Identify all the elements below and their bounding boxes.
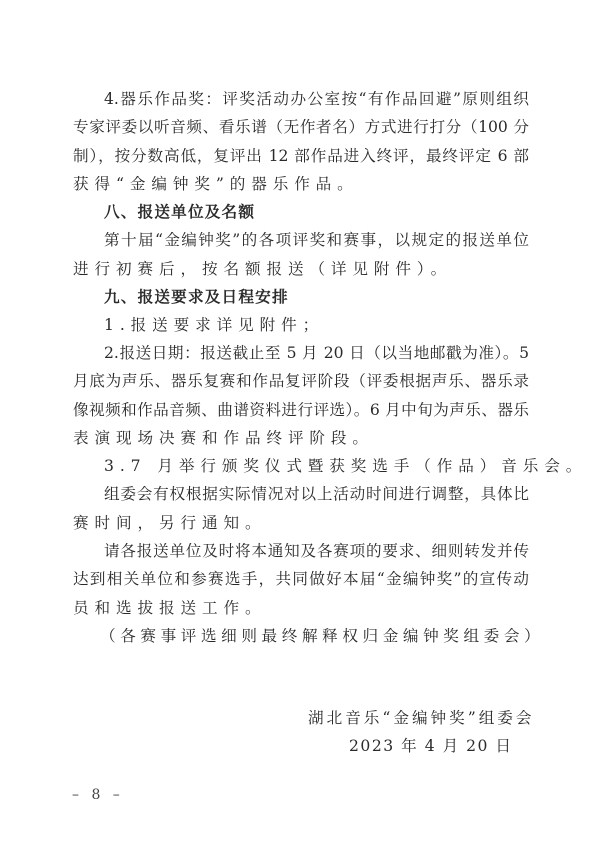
paragraph-line: 表演现场决赛和作品终评阶段。 — [73, 428, 529, 448]
page-number: – 8 – — [72, 787, 124, 803]
paragraph-line: 月底为声乐、器乐复赛和作品复评阶段（评委根据声乐、器乐录 — [73, 371, 529, 391]
section-heading-9: 九、报送要求及日程安排 — [104, 287, 529, 307]
paragraph-line: 4.器乐作品奖：评奖活动办公室按“有作品回避”原则组织 — [104, 89, 529, 109]
paragraph-line: 请各报送单位及时将本通知及各赛项的要求、细则转发并传 — [104, 541, 529, 561]
paragraph-line: 第十届“金编钟奖”的各项评奖和赛事，以规定的报送单位 — [104, 230, 529, 250]
paragraph-line: 像视频和作品音频、曲谱资料进行评选）。6 月中旬为声乐、器乐 — [73, 400, 529, 420]
paragraph-line: 员和选拔报送工作。 — [73, 598, 529, 618]
paragraph-line: 制），按分数高低，复评出 12 部作品进入终评，最终评定 6 部 — [73, 146, 529, 166]
paragraph-line: 1.报送要求详见附件； — [104, 315, 529, 335]
paragraph-line: 专家评委以听音频、看乐谱（无作者名）方式进行打分（100 分 — [73, 117, 529, 137]
paragraph-line: 2.报送日期：报送截止至 5 月 20 日（以当地邮戳为准）。5 — [104, 343, 529, 363]
signature-organization: 湖北音乐“金编钟奖”组委会 — [308, 708, 534, 728]
paragraph-line: 3.7 月举行颁奖仪式暨获奖选手（作品）音乐会。 — [104, 456, 529, 476]
paragraph-line: 组委会有权根据实际情况对以上活动时间进行调整，具体比 — [104, 484, 529, 504]
document-page: 4.器乐作品奖：评奖活动办公室按“有作品回避”原则组织 专家评委以听音频、看乐谱… — [0, 0, 600, 848]
paragraph-line: 进行初赛后，按名额报送（详见附件）。 — [73, 259, 529, 279]
section-heading-8: 八、报送单位及名额 — [104, 202, 529, 222]
signature-date: 2023 年 4 月 20 日 — [349, 736, 513, 756]
paragraph-line: 赛时间，另行通知。 — [73, 513, 529, 533]
paragraph-line: 达到相关单位和参赛选手，共同做好本届“金编钟奖”的宣传动 — [73, 569, 529, 589]
paragraph-line: 获得“金编钟奖”的器乐作品。 — [73, 174, 529, 194]
interpretation-note: （各赛事评选细则最终解释权归金编钟奖组委会） — [100, 626, 556, 646]
